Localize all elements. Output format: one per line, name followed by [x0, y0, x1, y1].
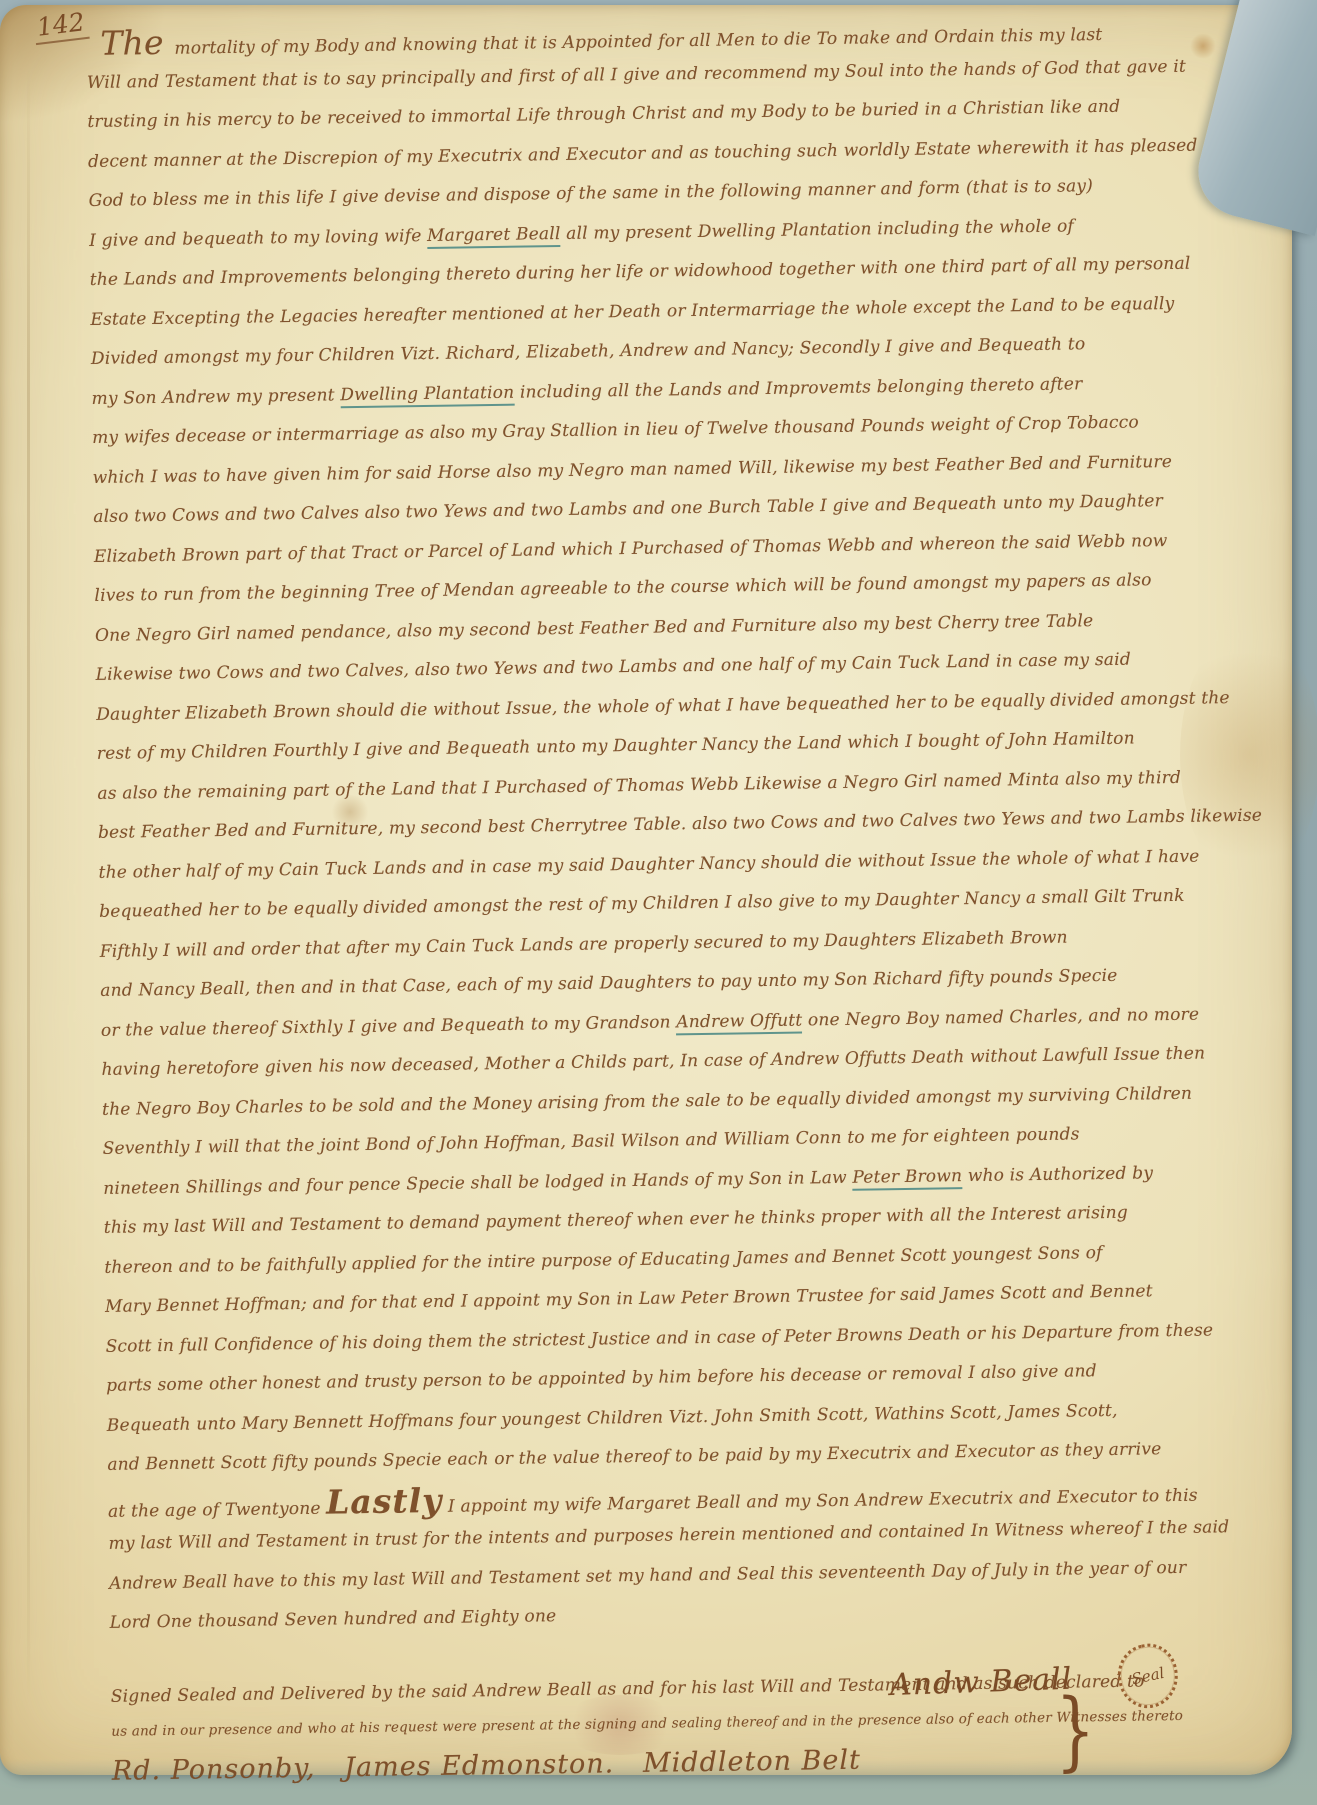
handwritten-text: rest of my Children Fourthly I give and …: [97, 729, 1135, 764]
handwritten-text: Scott in full Confidence of his doing th…: [105, 1320, 1213, 1356]
handwritten-text: the other half of my Cain Tuck Lands and…: [98, 846, 1199, 882]
paper-stain: [1180, 625, 1317, 885]
ink-stain: [1190, 33, 1216, 59]
handwritten-text: this my last Will and Testament to deman…: [104, 1203, 1128, 1238]
handwritten-text: lives to run from the beginning Tree of …: [94, 570, 1151, 606]
handwritten-text: my wifes decease or intermarriage as als…: [92, 412, 1139, 448]
handwritten-text: bequeathed her to be equally divided amo…: [99, 886, 1185, 922]
underlined-name: Margaret Beall: [427, 223, 561, 248]
handwritten-text: Seventhly I will that the joint Bond of …: [103, 1124, 1080, 1158]
handwritten-text: best Feather Bed and Furniture, my secon…: [98, 806, 1262, 843]
handwritten-text: which I was to have given him for said H…: [93, 451, 1173, 487]
handwritten-text: One Negro Girl named pendance, also my s…: [95, 611, 1094, 646]
testator-signature-block: Andw Beall Seal: [889, 1643, 1179, 1717]
handwritten-text: and Bennett Scott fifty pounds Specie ea…: [107, 1439, 1161, 1475]
underlined-name: Peter Brown: [852, 1166, 962, 1191]
handwritten-text: Likewise two Cows and two Calves, also t…: [96, 650, 1131, 685]
underlined-name: Andrew Offutt: [676, 1010, 802, 1035]
handwritten-text: I give and bequeath to my loving wife: [89, 225, 427, 250]
wax-seal-drawing: Seal: [1112, 1638, 1184, 1713]
handwritten-text: one Negro Boy named Charles, and no more: [802, 1004, 1199, 1030]
handwritten-text: The: [100, 23, 175, 63]
page-fold-crease: [27, 65, 30, 1705]
handwritten-text: thereon and to be faithfully applied for…: [104, 1243, 1102, 1278]
page-number: 142: [32, 7, 89, 45]
manuscript-lines: The mortality of my Body and knowing tha…: [86, 9, 1152, 1796]
seal-label: Seal: [1130, 1664, 1166, 1688]
handwritten-text: my Son Andrew my present: [91, 385, 340, 409]
underlined-name: Dwelling Plantation: [340, 382, 514, 408]
handwritten-text: at the age of Twentyone: [108, 1498, 326, 1521]
attestation-brace: }: [1056, 1688, 1095, 1774]
scanned-book-spread: 142 The mortality of my Body and knowing…: [0, 0, 1317, 1805]
handwritten-text: or the value thereof Sixthly I give and …: [101, 1012, 677, 1041]
handwritten-text: parts some other honest and trusty perso…: [106, 1361, 1097, 1396]
handwritten-text: Divided amongst my four Children Vizt. R…: [91, 334, 1086, 369]
handwritten-text: Elizabeth Brown part of that Tract or Pa…: [94, 531, 1168, 567]
handwritten-text: Lord One thousand Seven hundred and Eigh…: [110, 1606, 557, 1633]
handwritten-text: my last Will and Testament in trust for …: [108, 1517, 1229, 1554]
handwritten-text: the Negro Boy Charles to be sold and the…: [102, 1083, 1192, 1119]
handwritten-text: Lastly: [326, 1480, 443, 1521]
handwritten-text: God to bless me in this life I give devi…: [88, 176, 1093, 211]
handwritten-text: James Edmonston.: [344, 1748, 643, 1783]
handwritten-text: having heretofore given his now deceased…: [101, 1044, 1205, 1080]
testator-signature: Andw Beall: [889, 1661, 1072, 1702]
handwritten-text: Andrew Beall have to this my last Will a…: [109, 1557, 1186, 1593]
handwritten-text: decent manner at the Discrepion of my Ex…: [88, 135, 1198, 171]
handwritten-text: all my present Dwelling Plantation inclu…: [560, 216, 1074, 244]
handwritten-text: as also the remaining part of the Land t…: [97, 767, 1181, 803]
handwritten-text: and Nancy Beall, then and in that Case, …: [100, 966, 1117, 1001]
handwritten-text: Bequeath unto Mary Bennett Hoffmans four…: [107, 1400, 1118, 1435]
handwritten-text: also two Cows and two Calves also two Ye…: [93, 491, 1163, 527]
handwritten-text: Middleton Belt: [643, 1745, 861, 1779]
handwritten-text: Mary Bennet Hoffman; and for that end I …: [105, 1281, 1153, 1317]
handwritten-text: Estate Excepting the Legacies hereafter …: [90, 293, 1174, 329]
handwritten-text: Fifthly I will and order that after my C…: [100, 927, 1068, 961]
handwritten-text: nineteen Shillings and four pence Specie…: [103, 1167, 852, 1198]
handwritten-text: trusting in his mercy to be received to …: [87, 97, 1120, 132]
handwritten-text: who is Authorized by: [962, 1163, 1153, 1186]
handwritten-text: Rd. Ponsonby,: [112, 1752, 345, 1786]
handwritten-text: including all the Lands and Improvemts b…: [514, 374, 1082, 402]
handwritten-text: Daughter Elizabeth Brown should die with…: [96, 688, 1230, 725]
handwritten-text: Will and Testament that is to say princi…: [87, 56, 1186, 92]
handwritten-text: the Lands and Improvements belonging the…: [90, 254, 1191, 290]
